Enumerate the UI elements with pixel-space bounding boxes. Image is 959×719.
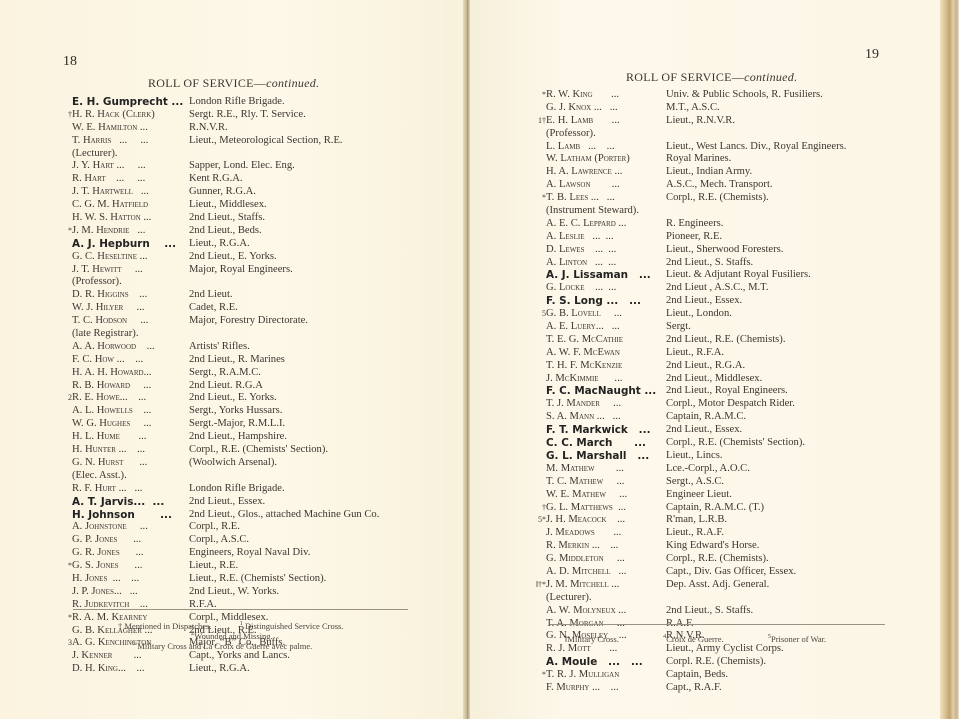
entry-unit: Lieut., Army Cyclist Corps.: [666, 643, 784, 656]
entry-name: C. G. M. Hatfield: [72, 199, 148, 212]
entry-mark: [58, 534, 72, 547]
entry-name: A. E. Luery... ...: [546, 321, 620, 334]
entry-mark: [532, 153, 546, 166]
entry-name: A. T. Jarvis... ...: [72, 496, 164, 509]
entry-mark: [58, 341, 72, 354]
entry-mark: *: [532, 89, 546, 102]
heading-continued: continued.: [744, 70, 797, 84]
page-heading: ROLL OF SERVICE—continued.: [148, 76, 319, 91]
entry-name: W. J. Hilyer ...: [72, 302, 145, 315]
entry-mark: [58, 289, 72, 302]
entry-mark: [58, 251, 72, 264]
entry-name: T. Harris ... ...: [72, 135, 148, 148]
roll-entry: J. T. Hewitt ...Major, Royal Engineers.: [58, 264, 458, 277]
entry-unit: Lieut., Lincs.: [666, 450, 723, 463]
roll-entry: A. Lawson ...A.S.C., Mech. Transport.: [532, 179, 942, 192]
entry-name: T. E. G. McCathie: [546, 334, 623, 347]
entry-unit: Kent R.G.A.: [189, 173, 243, 186]
entry-name: G. P. Jones ...: [72, 534, 141, 547]
roll-entry: G. C. Heseltine ...2nd Lieut., E. Yorks.: [58, 251, 458, 264]
entry-mark: [58, 547, 72, 560]
entry-unit: Capt., Yorks and Lancs.: [189, 650, 290, 663]
entry-name: H. Hunter ... ...: [72, 444, 145, 457]
entry-unit: Corpl., A.S.C.: [189, 534, 249, 547]
entry-unit: Engineers, Royal Naval Div.: [189, 547, 310, 560]
entry-name: G. L. Marshall ...: [546, 450, 649, 463]
entry-name: (Instrument Steward).: [532, 205, 639, 218]
entry-mark: [532, 605, 546, 618]
entry-mark: [58, 483, 72, 496]
roll-entry: A. E. Luery... ...Sergt.: [532, 321, 942, 334]
entry-name: F. T. Markwick ...: [546, 424, 651, 437]
roll-entry: F. C. How ... ...2nd Lieut., R. Marines: [58, 354, 458, 367]
roll-entry: G. J. Knox ... ...M.T., A.S.C.: [532, 102, 942, 115]
entry-name: L. Lamb ... ...: [546, 141, 615, 154]
roll-entry: J. McKimmie ...2nd Lieut., Middlesex.: [532, 373, 942, 386]
entry-mark: [58, 599, 72, 612]
entry-unit: Sergt.-Major, R.M.L.I.: [189, 418, 285, 431]
entry-unit: 2nd Lieut., Staffs.: [189, 212, 265, 225]
roll-entry: J. P. Jones... ...2nd Lieut., W. Yorks.: [58, 586, 458, 599]
roll-entry: W. E. Mathew ...Engineer Lieut.: [532, 489, 942, 502]
roll-entry: *R. W. King ...Univ. & Public Schools, R…: [532, 89, 942, 102]
entry-mark: [532, 295, 546, 308]
entry-name: (late Registrar).: [58, 328, 138, 341]
roll-entry: J. Y. Hart ... ...Sapper, Lond. Elec. En…: [58, 160, 458, 173]
entry-name: M. Mathew ...: [546, 463, 624, 476]
roll-entry: T. Harris ... ...Lieut., Meteorological …: [58, 135, 458, 148]
roll-entry: 2R. E. Howe... ...2nd Lieut., E. Yorks.: [58, 392, 458, 405]
entry-unit: Sergt. R.E., Rly. T. Service.: [189, 109, 306, 122]
entry-unit: 2nd Lieut., Essex.: [666, 424, 742, 437]
entry-unit: 2nd Lieut., Beds.: [189, 225, 262, 238]
roll-entry: J. T. Hartwell ...Gunner, R.G.A.: [58, 186, 458, 199]
entry-continuation: (Instrument Steward).: [532, 205, 942, 218]
entry-mark: *: [58, 612, 72, 625]
entry-unit: M.T., A.S.C.: [666, 102, 720, 115]
roll-list-right: *R. W. King ...Univ. & Public Schools, R…: [532, 89, 942, 695]
entry-mark: *: [532, 192, 546, 205]
entry-mark: 5*: [532, 514, 546, 527]
entry-unit: Captain, R.A.M.C.: [666, 411, 746, 424]
entry-name: H. L. Hume ...: [72, 431, 146, 444]
entry-mark: [58, 380, 72, 393]
entry-mark: [532, 166, 546, 179]
entry-mark: [532, 450, 546, 463]
entry-mark: [58, 122, 72, 135]
roll-entry: H. W. S. Hatton ...2nd Lieut., Staffs.: [58, 212, 458, 225]
heading-text: ROLL OF SERVICE—: [626, 70, 744, 84]
entry-continuation: (Lecturer).: [58, 148, 458, 161]
entry-mark: †: [58, 109, 72, 122]
entry-name: W. E. Hamilton ...: [72, 122, 148, 135]
entry-unit: Major, Forestry Directorate.: [189, 315, 308, 328]
entry-mark: [58, 96, 72, 109]
entry-name: A. E. C. Leppard ...: [546, 218, 626, 231]
roll-entry: R. J. Mott ...Lieut., Army Cyclist Corps…: [532, 643, 942, 656]
entry-name: T. H. F. McKenzie: [546, 360, 622, 373]
entry-mark: [532, 347, 546, 360]
footnote-line: ‖Military Cross. 4Croix de Guerre. 5Pris…: [565, 633, 826, 644]
entry-unit: 2nd Lieut., W. Yorks.: [189, 586, 279, 599]
entry-mark: [58, 650, 72, 663]
entry-name: (Lecturer).: [532, 592, 592, 605]
entry-mark: [58, 315, 72, 328]
entry-name: F. S. Long ... ...: [546, 295, 641, 308]
entry-name: A. Linton ... ...: [546, 257, 616, 270]
entry-unit: Lieut. & Adjutant Royal Fusiliers.: [666, 269, 811, 282]
entry-name: G. B. Lovell ...: [546, 308, 622, 321]
roll-entry: W. G. Hughes ...Sergt.-Major, R.M.L.I.: [58, 418, 458, 431]
entry-unit: Lieut., West Lancs. Div., Royal Engineer…: [666, 141, 846, 154]
entry-name: A. Moule ... ...: [546, 656, 643, 669]
roll-entry: D. Lewes ... ...Lieut., Sherwood Foreste…: [532, 244, 942, 257]
entry-unit: Corpl., R.E.: [189, 521, 240, 534]
entry-name: G. Locke ... ...: [546, 282, 616, 295]
entry-mark: [58, 625, 72, 638]
entry-name: J. McKimmie ...: [546, 373, 622, 386]
entry-unit: Sergt., R.A.M.C.: [189, 367, 261, 380]
entry-name: G. L. Matthews ...: [546, 502, 626, 515]
entry-name: G. S. Jones ...: [72, 560, 142, 573]
entry-name: A. W. Molyneux ...: [546, 605, 626, 618]
entry-name: A. D. Mitchell ...: [546, 566, 626, 579]
roll-entry: A. Moule ... ...Corpl. R.E. (Chemists).: [532, 656, 942, 669]
entry-name: J. T. Hartwell ...: [72, 186, 149, 199]
entry-mark: [532, 489, 546, 502]
entry-mark: [532, 244, 546, 257]
entry-name: R. Hart ... ...: [72, 173, 145, 186]
footnote-rule: [550, 624, 885, 625]
roll-entry: R. Merkin ... ...King Edward's Horse.: [532, 540, 942, 553]
entry-unit: Artists' Rifles.: [189, 341, 250, 354]
entry-mark: [532, 334, 546, 347]
entry-unit: Lieut., Meteorological Section, R.E.: [189, 135, 343, 148]
entry-unit: (Woolwich Arsenal).: [189, 457, 277, 470]
entry-name: A. Leslie ... ...: [546, 231, 614, 244]
entry-mark: [58, 264, 72, 277]
entry-mark: [58, 212, 72, 225]
entry-unit: R.N.V.R.: [189, 122, 228, 135]
roll-entry: G. L. Marshall ...Lieut., Lincs.: [532, 450, 942, 463]
entry-unit: Engineer Lieut.: [666, 489, 732, 502]
roll-entry: A. E. C. Leppard ...R. Engineers.: [532, 218, 942, 231]
entry-unit: 2nd Lieut., E. Yorks.: [189, 251, 277, 264]
roll-entry: 5G. B. Lovell ...Lieut., London.: [532, 308, 942, 321]
roll-entry: *T. R. J. MulliganCaptain, Beds.: [532, 669, 942, 682]
entry-continuation: (Lecturer).: [532, 592, 942, 605]
roll-entry: A. A. Horwood ...Artists' Rifles.: [58, 341, 458, 354]
entry-mark: [532, 566, 546, 579]
entry-unit: A.S.C., Mech. Transport.: [666, 179, 773, 192]
roll-entry: T. C. Mathew ...Sergt., A.S.C.: [532, 476, 942, 489]
entry-unit: Capt., Div. Gas Officer, Essex.: [666, 566, 796, 579]
entry-unit: Royal Marines.: [666, 153, 731, 166]
roll-entry: A. T. Jarvis... ...2nd Lieut., Essex.: [58, 496, 458, 509]
entry-name: T. C. Mathew ...: [546, 476, 624, 489]
entry-mark: [532, 553, 546, 566]
entry-mark: [58, 521, 72, 534]
entry-name: H. A. Lawrence ...: [546, 166, 622, 179]
entry-mark: *: [532, 669, 546, 682]
roll-entry: D. H. King... ...Lieut., R.G.A.: [58, 663, 458, 676]
roll-entry: 5*J. H. Meacock ...R'man, L.R.B.: [532, 514, 942, 527]
entry-unit: Lieut., R.N.V.R.: [666, 115, 735, 128]
entry-mark: [532, 682, 546, 695]
entry-name: F. C. How ... ...: [72, 354, 143, 367]
entry-unit: R'man, L.R.B.: [666, 514, 727, 527]
entry-unit: Corpl., R.E. (Chemists).: [666, 192, 769, 205]
roll-entry: F. S. Long ... ...2nd Lieut., Essex.: [532, 295, 942, 308]
entry-name: G. Middleton ...: [546, 553, 625, 566]
entry-name: (Professor).: [532, 128, 596, 141]
entry-name: R. B. Howard ...: [72, 380, 151, 393]
entry-unit: Lieut., R.E.: [189, 560, 238, 573]
entry-name: J. H. Meacock ...: [546, 514, 625, 527]
roll-entry: G. R. Jones ...Engineers, Royal Naval Di…: [58, 547, 458, 560]
entry-mark: [58, 509, 72, 522]
entry-name: J. M. Hendrie ...: [72, 225, 145, 238]
entry-name: J. T. Hewitt ...: [72, 264, 143, 277]
roll-entry: ‖†*J. M. Mitchell ...Dep. Asst. Adj. Gen…: [532, 579, 942, 592]
entry-mark: [532, 218, 546, 231]
entry-unit: Lieut., R.G.A.: [189, 663, 250, 676]
entry-unit: 2nd Lieut., Middlesex.: [666, 373, 762, 386]
entry-mark: 5: [532, 308, 546, 321]
entry-name: J. Y. Hart ... ...: [72, 160, 146, 173]
entry-mark: [532, 141, 546, 154]
entry-name: G. R. Jones ...: [72, 547, 144, 560]
roll-entry: A. Linton ... ...2nd Lieut., S. Staffs.: [532, 257, 942, 270]
entry-name: D. Lewes ... ...: [546, 244, 616, 257]
entry-unit: Corpl., R.E. (Chemists' Section).: [666, 437, 805, 450]
entry-mark: [532, 437, 546, 450]
entry-name: A. Lawson ...: [546, 179, 620, 192]
entry-name: A. L. Howells ...: [72, 405, 151, 418]
entry-unit: Dep. Asst. Adj. General.: [666, 579, 769, 592]
roll-entry: H. A. Lawrence ...Lieut., Indian Army.: [532, 166, 942, 179]
entry-unit: Gunner, R.G.A.: [189, 186, 256, 199]
page-heading: ROLL OF SERVICE—continued.: [626, 70, 797, 85]
entry-mark: [532, 373, 546, 386]
entry-mark: [532, 102, 546, 115]
entry-name: C. C. March ...: [546, 437, 646, 450]
entry-unit: 2nd Lieut.: [189, 289, 233, 302]
roll-entry: R. Hart ... ...Kent R.G.A.: [58, 173, 458, 186]
roll-entry: A. D. Mitchell ...Capt., Div. Gas Office…: [532, 566, 942, 579]
entry-mark: [58, 160, 72, 173]
entry-mark: [532, 269, 546, 282]
roll-entry: W. Latham (Porter)Royal Marines.: [532, 153, 942, 166]
entry-mark: [532, 385, 546, 398]
entry-unit: 2nd Lieut , A.S.C., M.T.: [666, 282, 769, 295]
entry-mark: [532, 398, 546, 411]
entry-name: R. W. King ...: [546, 89, 619, 102]
roll-entry: A. Leslie ... ...Pioneer, R.E.: [532, 231, 942, 244]
entry-continuation: (Professor).: [532, 128, 942, 141]
entry-mark: [532, 463, 546, 476]
roll-entry: F. C. MacNaught ...2nd Lieut., Royal Eng…: [532, 385, 942, 398]
entry-unit: Sergt.: [666, 321, 691, 334]
entry-unit: Major, Royal Engineers.: [189, 264, 293, 277]
entry-unit: Lieut., R.E. (Chemists' Section).: [189, 573, 326, 586]
footnote-rule: [73, 609, 408, 610]
entry-name: (Professor).: [58, 276, 122, 289]
roll-list-left: E. H. Gumprecht ...London Rifle Brigade.…: [58, 96, 458, 676]
entry-name: G. J. Knox ... ...: [546, 102, 618, 115]
entry-mark: [532, 540, 546, 553]
roll-entry: H. Johnson ...2nd Lieut., Glos., attache…: [58, 509, 458, 522]
roll-entry: *T. B. Lees ... ...Corpl., R.E. (Chemist…: [532, 192, 942, 205]
entry-unit: Univ. & Public Schools, R. Fusiliers.: [666, 89, 823, 102]
roll-entry: *J. M. Hendrie ...2nd Lieut., Beds.: [58, 225, 458, 238]
entry-unit: 2nd Lieut., R.E. (Chemists).: [666, 334, 785, 347]
roll-entry: F. T. Markwick ...2nd Lieut., Essex.: [532, 424, 942, 437]
entry-unit: Corpl., R.E. (Chemists).: [666, 553, 769, 566]
entry-mark: [532, 231, 546, 244]
entry-name: A. W. F. McEwan: [546, 347, 620, 360]
entry-unit: Lce.-Corpl., A.O.C.: [666, 463, 750, 476]
roll-entry: G. Middleton ...Corpl., R.E. (Chemists).: [532, 553, 942, 566]
entry-unit: Cadet, R.E.: [189, 302, 238, 315]
entry-name: A. A. Horwood ...: [72, 341, 155, 354]
roll-entry: G. Locke ... ...2nd Lieut , A.S.C., M.T.: [532, 282, 942, 295]
entry-name: J. Meadows ...: [546, 527, 621, 540]
entry-mark: [532, 179, 546, 192]
roll-entry: T. C. Hodson ...Major, Forestry Director…: [58, 315, 458, 328]
entry-mark: [532, 257, 546, 270]
entry-mark: [532, 360, 546, 373]
entry-unit: Lieut., Middlesex.: [189, 199, 267, 212]
entry-mark: [58, 367, 72, 380]
entry-unit: R. Engineers.: [666, 218, 723, 231]
entry-unit: Corpl., Motor Despatch Rider.: [666, 398, 795, 411]
entry-unit: Captain, Beds.: [666, 669, 728, 682]
entry-mark: [532, 643, 546, 656]
roll-entry: A. Johnstone ...Corpl., R.E.: [58, 521, 458, 534]
entry-mark: [58, 457, 72, 470]
roll-entry: T. J. Mander ...Corpl., Motor Despatch R…: [532, 398, 942, 411]
roll-entry: †H. R. Hack (Clerk)Sergt. R.E., Rly. T. …: [58, 109, 458, 122]
entry-unit: 2nd Lieut. R.G.A: [189, 380, 263, 393]
entry-mark: [58, 302, 72, 315]
entry-mark: [58, 418, 72, 431]
entry-unit: 2nd Lieut., R.G.A.: [666, 360, 745, 373]
entry-mark: [532, 618, 546, 631]
page-edges: [940, 0, 959, 719]
roll-entry: R. B. Howard ...2nd Lieut. R.G.A: [58, 380, 458, 393]
entry-unit: 2nd Lieut., Essex.: [189, 496, 265, 509]
roll-entry: A. J. Lissaman ...Lieut. & Adjutant Roya…: [532, 269, 942, 282]
entry-unit: King Edward's Horse.: [666, 540, 759, 553]
entry-mark: ‖†*: [532, 579, 546, 592]
entry-mark: [532, 424, 546, 437]
entry-unit: 2nd Lieut., Glos., attached Machine Gun …: [189, 509, 379, 522]
roll-entry: A. L. Howells ...Sergt., Yorks Hussars.: [58, 405, 458, 418]
page-number: 18: [63, 54, 77, 70]
entry-mark: 3: [58, 637, 72, 650]
entry-unit: Lieut., Indian Army.: [666, 166, 752, 179]
entry-mark: *: [58, 225, 72, 238]
entry-name: A. J. Lissaman ...: [546, 269, 651, 282]
entry-unit: London Rifle Brigade.: [189, 96, 285, 109]
entry-unit: Lieut., R.A.F.: [666, 527, 724, 540]
roll-entry: G. N. Hurst ...(Woolwich Arsenal).: [58, 457, 458, 470]
entry-mark: [532, 321, 546, 334]
entry-mark: [532, 527, 546, 540]
entry-name: T. B. Lees ... ...: [546, 192, 615, 205]
entry-name: W. Latham (Porter): [546, 153, 630, 166]
entry-name: R. E. Howe... ...: [72, 392, 146, 405]
roll-entry: A. J. Hepburn ...Lieut., R.G.A.: [58, 238, 458, 251]
entry-name: A. J. Hepburn ...: [72, 238, 176, 251]
roll-entry: T. H. F. McKenzie2nd Lieut., R.G.A.: [532, 360, 942, 373]
entry-continuation: (Professor).: [58, 276, 458, 289]
entry-name: A. Johnstone ...: [72, 521, 148, 534]
entry-name: H. W. S. Hatton ...: [72, 212, 151, 225]
entry-mark: [58, 135, 72, 148]
entry-name: H. R. Hack (Clerk): [72, 109, 155, 122]
open-book: 18 ROLL OF SERVICE—continued. E. H. Gump…: [0, 0, 959, 719]
entry-name: J. M. Mitchell ...: [546, 579, 619, 592]
entry-mark: [58, 199, 72, 212]
entry-name: T. J. Mander ...: [546, 398, 621, 411]
entry-unit: 2nd Lieut., S. Staffs.: [666, 257, 753, 270]
entry-unit: Captain, R.A.M.C. (T.): [666, 502, 764, 515]
roll-entry: J. Kenner ...Capt., Yorks and Lancs.: [58, 650, 458, 663]
entry-name: G. C. Heseltine ...: [72, 251, 148, 264]
entry-continuation: (late Registrar).: [58, 328, 458, 341]
entry-mark: [58, 573, 72, 586]
entry-mark: †: [532, 502, 546, 515]
entry-name: E. H. Lamb ...: [546, 115, 620, 128]
entry-unit: 2nd Lieut., Essex.: [666, 295, 742, 308]
roll-entry: M. Mathew ...Lce.-Corpl., A.O.C.: [532, 463, 942, 476]
entry-name: R. F. Hurt ... ...: [72, 483, 142, 496]
entry-mark: [58, 586, 72, 599]
roll-entry: E. H. Gumprecht ...London Rifle Brigade.: [58, 96, 458, 109]
roll-entry: S. A. Mann ... ...Captain, R.A.M.C.: [532, 411, 942, 424]
roll-entry: D. R. Higgins ...2nd Lieut.: [58, 289, 458, 302]
entry-name: W. E. Mathew ...: [546, 489, 627, 502]
entry-unit: Lieut., Sherwood Foresters.: [666, 244, 783, 257]
entry-mark: [58, 238, 72, 251]
footnote-line-3: 3 Military Cross and La Croix de Guerre …: [132, 640, 312, 651]
entry-name: T. R. J. Mulligan: [546, 669, 619, 682]
entry-mark: 1†: [532, 115, 546, 128]
entry-mark: [532, 411, 546, 424]
entry-unit: 2nd Lieut., Royal Engineers.: [666, 385, 788, 398]
entry-mark: [58, 431, 72, 444]
roll-entry: 1†E. H. Lamb ...Lieut., R.N.V.R.: [532, 115, 942, 128]
entry-name: J. P. Jones... ...: [72, 586, 138, 599]
entry-continuation: (Elec. Asst.).: [58, 470, 458, 483]
entry-name: J. Kenner ...: [72, 650, 142, 663]
roll-entry: H. L. Hume ...2nd Lieut., Hampshire.: [58, 431, 458, 444]
entry-unit: Corpl., R.E. (Chemists' Section).: [189, 444, 328, 457]
entry-unit: Sapper, Lond. Elec. Eng.: [189, 160, 295, 173]
roll-entry: F. Murphy ... ...Capt., R.A.F.: [532, 682, 942, 695]
entry-unit: 2nd Lieut., Hampshire.: [189, 431, 287, 444]
entry-unit: Lieut., London.: [666, 308, 732, 321]
entry-mark: 2: [58, 392, 72, 405]
entry-mark: [532, 282, 546, 295]
entry-name: R. Merkin ... ...: [546, 540, 618, 553]
entry-unit: Lieut., R.G.A.: [189, 238, 250, 251]
entry-unit: Corpl. R.E. (Chemists).: [666, 656, 766, 669]
roll-entry: J. Meadows ...Lieut., R.A.F.: [532, 527, 942, 540]
roll-entry: †G. L. Matthews ...Captain, R.A.M.C. (T.…: [532, 502, 942, 515]
